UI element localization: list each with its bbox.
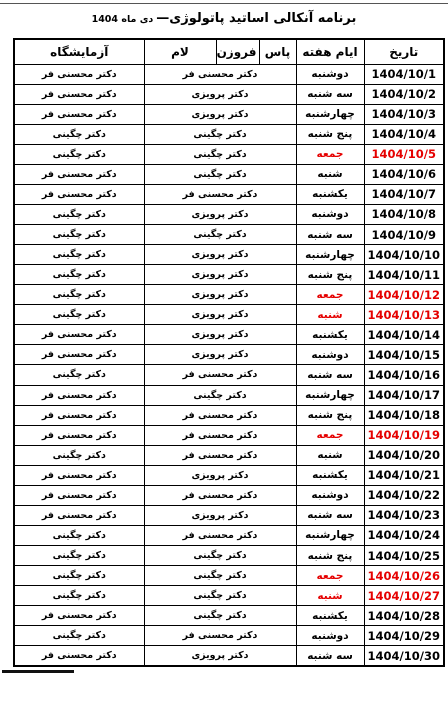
weekday-cell: شنبه: [296, 305, 364, 325]
document-page: برنامه آنکالی اساتید پاتولوژی—دی ماه 140…: [0, 0, 448, 701]
oncall-doctor-cell: دکتر پرویزی: [144, 265, 296, 285]
weekday-cell: چهارشنبه: [296, 525, 364, 545]
table-row: 1404/10/26جمعهدکتر چگینیدکتر چگینی: [14, 566, 444, 586]
table-row: 1404/10/11پنج شنبهدکتر پرویزیدکتر چگینی: [14, 265, 444, 285]
oncall-doctor-cell: دکتر محسنی فر: [144, 525, 296, 545]
column-header-pass: پاس: [259, 39, 296, 64]
top-divider-rule: [0, 3, 448, 4]
date-cell: 1404/10/25: [364, 546, 444, 566]
date-cell: 1404/10/18: [364, 405, 444, 425]
oncall-doctor-cell: دکتر محسنی فر: [144, 425, 296, 445]
date-cell: 1404/10/4: [364, 124, 444, 144]
lab-doctor-cell: دکتر محسنی فر: [14, 646, 144, 666]
table-row: 1404/10/25پنج شنبهدکتر چگینیدکتر چگینی: [14, 546, 444, 566]
oncall-doctor-cell: دکتر محسنی فر: [144, 64, 296, 84]
lab-doctor-cell: دکتر محسنی فر: [14, 505, 144, 525]
table-row: 1404/10/30سه شنبهدکتر پرویزیدکتر محسنی ف…: [14, 646, 444, 666]
weekday-cell: دوشنبه: [296, 345, 364, 365]
column-header-slide: لام: [144, 39, 216, 64]
lab-doctor-cell: دکتر چگینی: [14, 626, 144, 646]
lab-doctor-cell: دکتر محسنی فر: [14, 184, 144, 204]
weekday-cell: یکشنبه: [296, 606, 364, 626]
lab-doctor-cell: دکتر چگینی: [14, 144, 144, 164]
oncall-doctor-cell: دکتر محسنی فر: [144, 626, 296, 646]
weekday-cell: چهارشنبه: [296, 245, 364, 265]
table-row: 1404/10/29دوشنبهدکتر محسنی فردکتر چگینی: [14, 626, 444, 646]
oncall-doctor-cell: دکتر پرویزی: [144, 84, 296, 104]
column-header-laboratory: آزمایشگاه: [14, 39, 144, 64]
weekday-cell: جمعه: [296, 566, 364, 586]
oncall-doctor-cell: دکتر چگینی: [144, 144, 296, 164]
column-header-date: تاریخ: [364, 39, 444, 64]
table-row: 1404/10/21یکشنبهدکتر پرویزیدکتر محسنی فر: [14, 465, 444, 485]
table-row: 1404/10/20شنبهدکتر محسنی فردکتر چگینی: [14, 445, 444, 465]
oncall-doctor-cell: دکتر چگینی: [144, 164, 296, 184]
lab-doctor-cell: دکتر محسنی فر: [14, 405, 144, 425]
date-cell: 1404/10/26: [364, 566, 444, 586]
date-cell: 1404/10/30: [364, 646, 444, 666]
oncall-doctor-cell: دکتر پرویزی: [144, 345, 296, 365]
date-cell: 1404/10/6: [364, 164, 444, 184]
date-cell: 1404/10/21: [364, 465, 444, 485]
table-row: 1404/10/3چهارشنبهدکتر پرویزیدکتر محسنی ف…: [14, 104, 444, 124]
weekday-cell: پنج شنبه: [296, 546, 364, 566]
lab-doctor-cell: دکتر چگینی: [14, 525, 144, 545]
weekday-cell: یکشنبه: [296, 465, 364, 485]
lab-doctor-cell: دکتر چگینی: [14, 265, 144, 285]
oncall-doctor-cell: دکتر چگینی: [144, 225, 296, 245]
oncall-doctor-cell: دکتر پرویزی: [144, 325, 296, 345]
date-cell: 1404/10/29: [364, 626, 444, 646]
oncall-doctor-cell: دکتر چگینی: [144, 586, 296, 606]
table-row: 1404/10/9سه شنبهدکتر چگینیدکتر چگینی: [14, 225, 444, 245]
oncall-doctor-cell: دکتر چگینی: [144, 124, 296, 144]
weekday-cell: سه شنبه: [296, 505, 364, 525]
oncall-doctor-cell: دکتر پرویزی: [144, 285, 296, 305]
weekday-cell: دوشنبه: [296, 64, 364, 84]
table-row: 1404/10/4پنج شنبهدکتر چگینیدکتر چگینی: [14, 124, 444, 144]
lab-doctor-cell: دکتر چگینی: [14, 546, 144, 566]
date-cell: 1404/10/27: [364, 586, 444, 606]
table-row: 1404/10/13شنبهدکتر پرویزیدکتر چگینی: [14, 305, 444, 325]
table-row: 1404/10/17چهارشنبهدکتر چگینیدکتر محسنی ف…: [14, 385, 444, 405]
lab-doctor-cell: دکتر چگینی: [14, 124, 144, 144]
lab-doctor-cell: دکتر محسنی فر: [14, 64, 144, 84]
oncall-doctor-cell: دکتر چگینی: [144, 385, 296, 405]
weekday-cell: جمعه: [296, 285, 364, 305]
oncall-doctor-cell: دکتر محسنی فر: [144, 485, 296, 505]
lab-doctor-cell: دکتر محسنی فر: [14, 425, 144, 445]
lab-doctor-cell: دکتر چگینی: [14, 305, 144, 325]
table-row: 1404/10/1دوشنبهدکتر محسنی فردکتر محسنی ف…: [14, 64, 444, 84]
date-cell: 1404/10/24: [364, 525, 444, 545]
oncall-doctor-cell: دکتر چگینی: [144, 546, 296, 566]
oncall-doctor-cell: دکتر محسنی فر: [144, 445, 296, 465]
column-header-frozen: فروزن: [216, 39, 259, 64]
schedule-body: 1404/10/1دوشنبهدکتر محسنی فردکتر محسنی ف…: [14, 64, 444, 666]
table-row: 1404/10/10چهارشنبهدکتر پرویزیدکتر چگینی: [14, 245, 444, 265]
oncall-doctor-cell: دکتر پرویزی: [144, 245, 296, 265]
date-cell: 1404/10/22: [364, 485, 444, 505]
date-cell: 1404/10/3: [364, 104, 444, 124]
title-period: دی ماه 1404: [92, 14, 157, 25]
table-row: 1404/10/16سه شنبهدکتر محسنی فردکتر چگینی: [14, 365, 444, 385]
header-row: تاریخ ایام هفته پاس فروزن لام آزمایشگاه: [14, 39, 444, 64]
oncall-doctor-cell: دکتر چگینی: [144, 606, 296, 626]
table-row: 1404/10/12جمعهدکتر پرویزیدکتر چگینی: [14, 285, 444, 305]
weekday-cell: شنبه: [296, 445, 364, 465]
table-row: 1404/10/23سه شنبهدکتر پرویزیدکتر محسنی ف…: [14, 505, 444, 525]
date-cell: 1404/10/15: [364, 345, 444, 365]
oncall-doctor-cell: دکتر پرویزی: [144, 305, 296, 325]
date-cell: 1404/10/19: [364, 425, 444, 445]
weekday-cell: شنبه: [296, 586, 364, 606]
table-row: 1404/10/28یکشنبهدکتر چگینیدکتر محسنی فر: [14, 606, 444, 626]
date-cell: 1404/10/14: [364, 325, 444, 345]
oncall-doctor-cell: دکتر محسنی فر: [144, 365, 296, 385]
footer-separator-rule: [2, 670, 74, 673]
lab-doctor-cell: دکتر محسنی فر: [14, 164, 144, 184]
table-row: 1404/10/18پنج شنبهدکتر محسنی فردکتر محسن…: [14, 405, 444, 425]
date-cell: 1404/10/16: [364, 365, 444, 385]
table-row: 1404/10/27شنبهدکتر چگینیدکتر چگینی: [14, 586, 444, 606]
oncall-doctor-cell: دکتر پرویزی: [144, 104, 296, 124]
weekday-cell: سه شنبه: [296, 646, 364, 666]
lab-doctor-cell: دکتر محسنی فر: [14, 345, 144, 365]
lab-doctor-cell: دکتر محسنی فر: [14, 606, 144, 626]
date-cell: 1404/10/20: [364, 445, 444, 465]
date-cell: 1404/10/13: [364, 305, 444, 325]
lab-doctor-cell: دکتر چگینی: [14, 225, 144, 245]
weekday-cell: دوشنبه: [296, 485, 364, 505]
lab-doctor-cell: دکتر چگینی: [14, 285, 144, 305]
date-cell: 1404/10/17: [364, 385, 444, 405]
weekday-cell: شنبه: [296, 164, 364, 184]
lab-doctor-cell: دکتر چگینی: [14, 365, 144, 385]
weekday-cell: پنج شنبه: [296, 124, 364, 144]
table-row: 1404/10/5جمعهدکتر چگینیدکتر چگینی: [14, 144, 444, 164]
oncall-doctor-cell: دکتر محسنی فر: [144, 405, 296, 425]
table-row: 1404/10/14یکشنبهدکتر پرویزیدکتر محسنی فر: [14, 325, 444, 345]
lab-doctor-cell: دکتر چگینی: [14, 445, 144, 465]
oncall-doctor-cell: دکتر پرویزی: [144, 465, 296, 485]
column-header-weekday: ایام هفته: [296, 39, 364, 64]
lab-doctor-cell: دکتر محسنی فر: [14, 104, 144, 124]
weekday-cell: دوشنبه: [296, 204, 364, 224]
weekday-cell: یکشنبه: [296, 184, 364, 204]
date-cell: 1404/10/8: [364, 204, 444, 224]
date-cell: 1404/10/11: [364, 265, 444, 285]
date-cell: 1404/10/10: [364, 245, 444, 265]
oncall-doctor-cell: دکتر محسنی فر: [144, 184, 296, 204]
lab-doctor-cell: دکتر محسنی فر: [14, 84, 144, 104]
weekday-cell: سه شنبه: [296, 225, 364, 245]
lab-doctor-cell: دکتر محسنی فر: [14, 385, 144, 405]
date-cell: 1404/10/2: [364, 84, 444, 104]
lab-doctor-cell: دکتر چگینی: [14, 204, 144, 224]
lab-doctor-cell: دکتر محسنی فر: [14, 325, 144, 345]
table-row: 1404/10/22دوشنبهدکتر محسنی فردکتر محسنی …: [14, 485, 444, 505]
page-title: برنامه آنکالی اساتید پاتولوژی—دی ماه 140…: [0, 11, 448, 26]
date-cell: 1404/10/1: [364, 64, 444, 84]
oncall-doctor-cell: دکتر پرویزی: [144, 204, 296, 224]
lab-doctor-cell: دکتر محسنی فر: [14, 485, 144, 505]
table-row: 1404/10/15دوشنبهدکتر پرویزیدکتر محسنی فر: [14, 345, 444, 365]
weekday-cell: جمعه: [296, 425, 364, 445]
date-cell: 1404/10/28: [364, 606, 444, 626]
table-row: 1404/10/19جمعهدکتر محسنی فردکتر محسنی فر: [14, 425, 444, 445]
title-text: برنامه آنکالی اساتید پاتولوژی: [169, 11, 356, 26]
oncall-schedule-table: تاریخ ایام هفته پاس فروزن لام آزمایشگاه …: [13, 38, 445, 667]
table-row: 1404/10/2سه شنبهدکتر پرویزیدکتر محسنی فر: [14, 84, 444, 104]
weekday-cell: سه شنبه: [296, 365, 364, 385]
weekday-cell: جمعه: [296, 144, 364, 164]
date-cell: 1404/10/23: [364, 505, 444, 525]
date-cell: 1404/10/12: [364, 285, 444, 305]
date-cell: 1404/10/9: [364, 225, 444, 245]
weekday-cell: پنج شنبه: [296, 265, 364, 285]
lab-doctor-cell: دکتر چگینی: [14, 586, 144, 606]
table-row: 1404/10/7یکشنبهدکتر محسنی فردکتر محسنی ف…: [14, 184, 444, 204]
weekday-cell: دوشنبه: [296, 626, 364, 646]
date-cell: 1404/10/7: [364, 184, 444, 204]
lab-doctor-cell: دکتر محسنی فر: [14, 465, 144, 485]
table-row: 1404/10/6شنبهدکتر چگینیدکتر محسنی فر: [14, 164, 444, 184]
table-header: تاریخ ایام هفته پاس فروزن لام آزمایشگاه: [14, 39, 444, 64]
weekday-cell: سه شنبه: [296, 84, 364, 104]
table-row: 1404/10/8دوشنبهدکتر پرویزیدکتر چگینی: [14, 204, 444, 224]
oncall-doctor-cell: دکتر پرویزی: [144, 646, 296, 666]
weekday-cell: یکشنبه: [296, 325, 364, 345]
oncall-doctor-cell: دکتر پرویزی: [144, 505, 296, 525]
date-cell: 1404/10/5: [364, 144, 444, 164]
lab-doctor-cell: دکتر چگینی: [14, 566, 144, 586]
lab-doctor-cell: دکتر چگینی: [14, 245, 144, 265]
weekday-cell: چهارشنبه: [296, 104, 364, 124]
oncall-doctor-cell: دکتر چگینی: [144, 566, 296, 586]
weekday-cell: پنج شنبه: [296, 405, 364, 425]
weekday-cell: چهارشنبه: [296, 385, 364, 405]
table-row: 1404/10/24چهارشنبهدکتر محسنی فردکتر چگین…: [14, 525, 444, 545]
title-dash: —: [156, 11, 169, 26]
